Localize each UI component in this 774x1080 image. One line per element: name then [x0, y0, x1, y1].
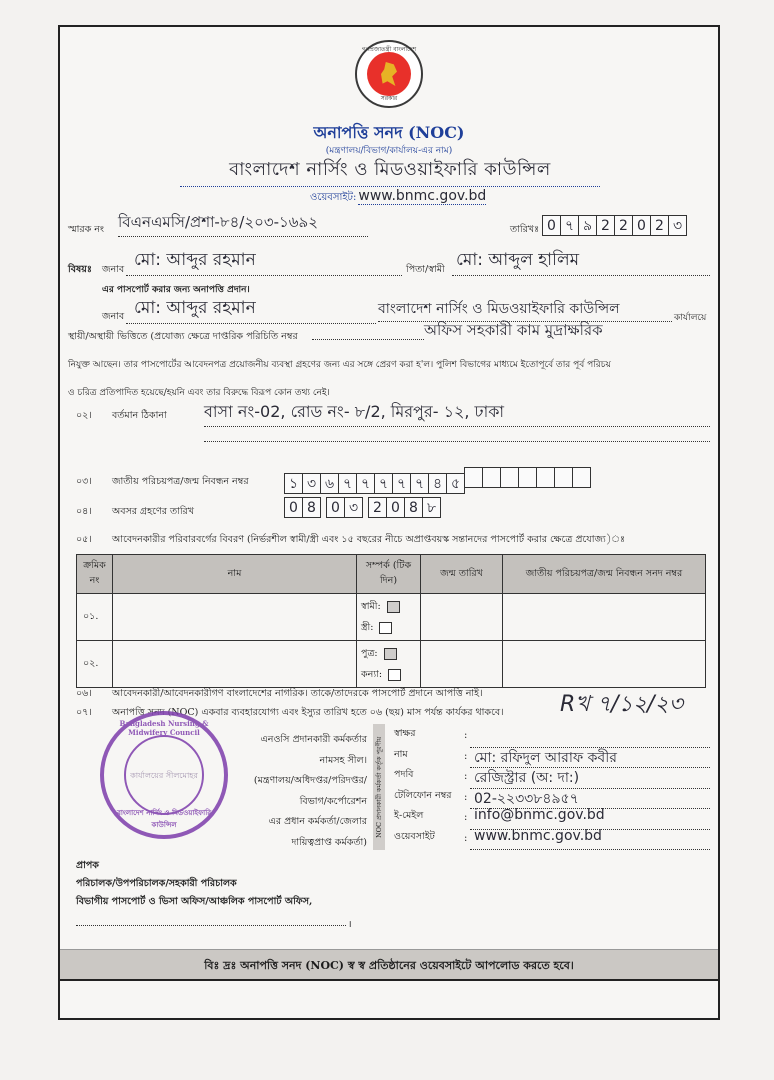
- digit-box: [482, 467, 501, 488]
- name-label: নাম: [394, 748, 452, 769]
- digit-box: ৮: [422, 497, 441, 518]
- digit-box: 2: [368, 497, 387, 518]
- office-suffix: কার্যালয়ে: [674, 310, 706, 325]
- table-row: ০১. স্বামী: স্ত্রী:: [77, 594, 706, 641]
- handwritten-signature: Rখ ৭/১২/২৩: [560, 687, 683, 724]
- row-serial: ০২.: [77, 641, 113, 688]
- noc-form-page: গণপ্রজাতন্ত্রী বাংলাদেশ সরকার অনাপত্তি স…: [58, 25, 720, 1020]
- website-label: ওয়েবসাইট:: [310, 192, 356, 203]
- recipient-line-1: পরিচালক/উপপরিচালক/সহকারী পরিচালক: [76, 877, 237, 892]
- address-label: বর্তমান ঠিকানা: [112, 409, 167, 424]
- digit-box: ৭: [338, 473, 357, 494]
- digit-box: ৭: [410, 473, 429, 494]
- official-description: এনওসি প্রদানকারী কর্মকর্তার নামসহ সীল। (…: [245, 730, 367, 853]
- footer-note: বিঃ দ্রঃ অনাপত্তি সনদ (NOC) স্ব স্ব প্রত…: [60, 949, 718, 981]
- digit-box: 2: [596, 215, 615, 236]
- seal-red-disc: [367, 52, 411, 96]
- header-dob: জন্ম তারিখ: [421, 555, 503, 594]
- son-checkbox[interactable]: [384, 648, 397, 660]
- digit-box: [554, 467, 573, 488]
- official-desc-line: এর প্রধান কর্মকর্তা/জেলার: [245, 812, 367, 833]
- government-seal: গণপ্রজাতন্ত্রী বাংলাদেশ সরকার: [355, 40, 423, 108]
- date-label: তারিখঃ: [510, 223, 539, 238]
- digit-box: ৭: [356, 473, 375, 494]
- digit-box: ৬: [320, 473, 339, 494]
- digit-box: ৭: [560, 215, 579, 236]
- header-serial: ক্রমিক নং: [77, 555, 113, 594]
- designation: অফিস সহকারী কাম মুদ্রাক্ষরিক: [424, 319, 603, 344]
- digit-box: 0: [326, 497, 345, 518]
- digit-box: ৩: [668, 215, 687, 236]
- wife-checkbox[interactable]: [379, 622, 392, 634]
- family-label: আবেদনকারীর পরিবারবর্গের বিবরণ (নির্ভরশীল…: [112, 533, 625, 548]
- official-id-field: [312, 339, 424, 340]
- relation-son-label: পুত্র:: [361, 648, 378, 659]
- address-value: বাসা নং-02, রোড নং- ৮/2, মিরপুর- ১২, ঢাক…: [204, 399, 710, 427]
- item-03-number: ০৩।: [76, 475, 92, 490]
- organization-name: বাংলাদেশ নার্সিং ও মিডওয়াইফারি কাউন্সিল: [180, 155, 600, 187]
- item-02-number: ০২।: [76, 409, 92, 424]
- header-nid: জাতীয় পরিচয়পত্র/জন্ম নিবন্ধন সনদ নম্বর: [503, 555, 706, 594]
- row-name[interactable]: [113, 594, 357, 641]
- body-janab-label: জনাব: [102, 310, 124, 325]
- signatory-labels: স্বাক্ষর নাম পদবি টেলিফোন নম্বর ই-মেইল ও…: [394, 727, 452, 850]
- recipient-address-field: [76, 925, 346, 926]
- seal-bottom-text: সরকার: [357, 93, 421, 104]
- retirement-label: অবসর গ্রহণের তারিখ: [112, 505, 194, 520]
- citizen-statement: আবেদনকারী/আবেদনকারীগণ বাংলাদেশের নাগরিক।…: [112, 687, 483, 702]
- memo-label: স্মারক নং: [68, 223, 104, 238]
- body-applicant-name: মো: আব্দুর রহমান: [126, 295, 376, 324]
- digit-box: ৪: [428, 473, 447, 494]
- applicant-name: মো: আব্দুর রহমান: [126, 247, 402, 276]
- digit-box: [536, 467, 555, 488]
- header-relation: সম্পর্ক (টিক দিন): [357, 555, 421, 594]
- subject-janab-label: জনাব: [102, 263, 124, 278]
- item-05-number: ০৫।: [76, 533, 92, 548]
- address-line-2: [204, 441, 710, 442]
- official-desc-line: এনওসি প্রদানকারী কর্মকর্তার: [245, 730, 367, 751]
- digit-box: [464, 467, 483, 488]
- relation-husband-label: স্বামী:: [361, 601, 381, 612]
- basis-text: স্থায়ী/অস্থায়ী ভিত্তিতে (প্রযোজ্য ক্ষে…: [68, 330, 298, 345]
- signatory-name-field: :মো: রফিদুল আরাফ কবীর: [470, 748, 710, 769]
- digit-box: ৭: [374, 473, 393, 494]
- nid-boxes: ১৩৬৭৭৭৭৭৪৫: [284, 467, 596, 494]
- row-relation: স্বামী: স্ত্রী:: [357, 594, 421, 641]
- nid-label: জাতীয় পরিচয়পত্র/জন্ম নিবন্ধন নম্বর: [112, 475, 249, 490]
- official-desc-line: নামসহ সীল।: [245, 751, 367, 772]
- digit-box: 0: [284, 497, 303, 518]
- digit-box: [500, 467, 519, 488]
- stamp-bottom-text: বাংলাদেশ নার্সিং ও মিডওয়াইফারি কাউন্সিল: [104, 807, 224, 831]
- father-name: মো: আব্দুল হালিম: [452, 247, 710, 276]
- digit-box: ১: [284, 473, 303, 494]
- official-desc-line: (মন্ত্রণালয়/অধিদপ্তর/পরিদপ্তর/: [245, 771, 367, 792]
- table-row: ০২. পুত্র: কন্যা:: [77, 641, 706, 688]
- daughter-checkbox[interactable]: [388, 669, 401, 681]
- official-desc-line: দায়িত্বপ্রাপ্ত কর্মকর্তা): [245, 833, 367, 854]
- signature-field: :: [470, 727, 710, 748]
- signatory-email-field: :info@bnmc.gov.bd: [470, 809, 710, 830]
- digit-box: 8: [302, 497, 321, 518]
- header-name: নাম: [113, 555, 357, 594]
- digit-box: [572, 467, 591, 488]
- digit-box: ৩: [344, 497, 363, 518]
- row-name[interactable]: [113, 641, 357, 688]
- bangladesh-map-icon: [381, 62, 397, 86]
- website-label-sig: ওয়েবসাইট: [394, 830, 452, 851]
- signature-label: স্বাক্ষর: [394, 727, 452, 748]
- digit-box: 0: [632, 215, 651, 236]
- website-value: www.bnmc.gov.bd: [358, 188, 486, 205]
- paragraph-line-1: নিযুক্ত আছেন। তার পাসপোর্টের আবেদনপত্র প…: [68, 357, 611, 372]
- recipient-label: প্রাপক: [76, 859, 99, 874]
- stamp-center-text: কার্যালয়ের সীলমোহর: [114, 770, 214, 783]
- father-label: পিতা/স্বামী: [406, 263, 445, 278]
- relation-daughter-label: কন্যা:: [361, 669, 382, 680]
- item-07-number: ০৭।: [76, 706, 92, 721]
- digit-box: 2: [650, 215, 669, 236]
- digit-box: 0: [542, 215, 561, 236]
- official-desc-line: বিভাগ/কর্পোরেশন: [245, 792, 367, 813]
- digit-box: ৩: [302, 473, 321, 494]
- office-stamp: Bangladesh Nursing & Midwifery Council ক…: [100, 711, 228, 839]
- signatory-website-field: :www.bnmc.gov.bd: [470, 830, 710, 851]
- recipient-line-2: বিভাগীয় পাসপোর্ট ও ভিসা অফিস/আঞ্চলিক পা…: [76, 895, 312, 910]
- digit-box: [518, 467, 537, 488]
- digit-box: ৫: [446, 473, 465, 494]
- relation-wife-label: স্ত্রী:: [361, 622, 373, 633]
- signatory-values: : :মো: রফিদুল আরাফ কবীর :রেজিস্ট্রার (অ:…: [470, 727, 710, 850]
- husband-checkbox[interactable]: [387, 601, 400, 613]
- noc-officer-vertical-label: NOC প্রদানকারী কর্মকর্তা কর্তৃক পূরণীয়: [373, 724, 385, 850]
- website-row: ওয়েবসাইট:www.bnmc.gov.bd: [310, 188, 486, 207]
- row-serial: ০১.: [77, 594, 113, 641]
- item-04-number: ০৪।: [76, 505, 92, 520]
- paragraph-line-2: ও চরিত্র প্রতিপাদিত হয়েছে/হয়নি এবং তার…: [68, 385, 330, 400]
- subject-label: বিষয়ঃ: [68, 263, 92, 278]
- date-boxes: 0৭৯2202৩: [542, 215, 692, 236]
- retirement-date-boxes: 080৩208৮: [284, 497, 446, 518]
- designation-label: পদবি: [394, 768, 452, 789]
- email-label: ই-মেইল: [394, 809, 452, 830]
- row-nid[interactable]: [503, 641, 706, 688]
- row-relation: পুত্র: কন্যা:: [357, 641, 421, 688]
- memo-number: বিএনএমসি/প্রশা-৮৪/২০৩-১৬৯২: [118, 211, 368, 237]
- family-table: ক্রমিক নং নাম সম্পর্ক (টিক দিন) জন্ম তার…: [76, 554, 706, 688]
- telephone-label: টেলিফোন নম্বর: [394, 789, 452, 810]
- digit-box: 0: [386, 497, 405, 518]
- row-dob[interactable]: [421, 641, 503, 688]
- recipient-line-end: ।: [348, 917, 352, 930]
- signatory-telephone-field: :02-২২৩৩৮৪৯৫৭: [470, 789, 710, 810]
- digit-box: ৯: [578, 215, 597, 236]
- row-nid[interactable]: [503, 594, 706, 641]
- row-dob[interactable]: [421, 594, 503, 641]
- digit-box: 2: [614, 215, 633, 236]
- item-06-number: ০৬।: [76, 687, 92, 702]
- digit-box: ৭: [392, 473, 411, 494]
- digit-box: 8: [404, 497, 423, 518]
- signatory-designation-field: :রেজিস্ট্রার (অ: দা:): [470, 768, 710, 789]
